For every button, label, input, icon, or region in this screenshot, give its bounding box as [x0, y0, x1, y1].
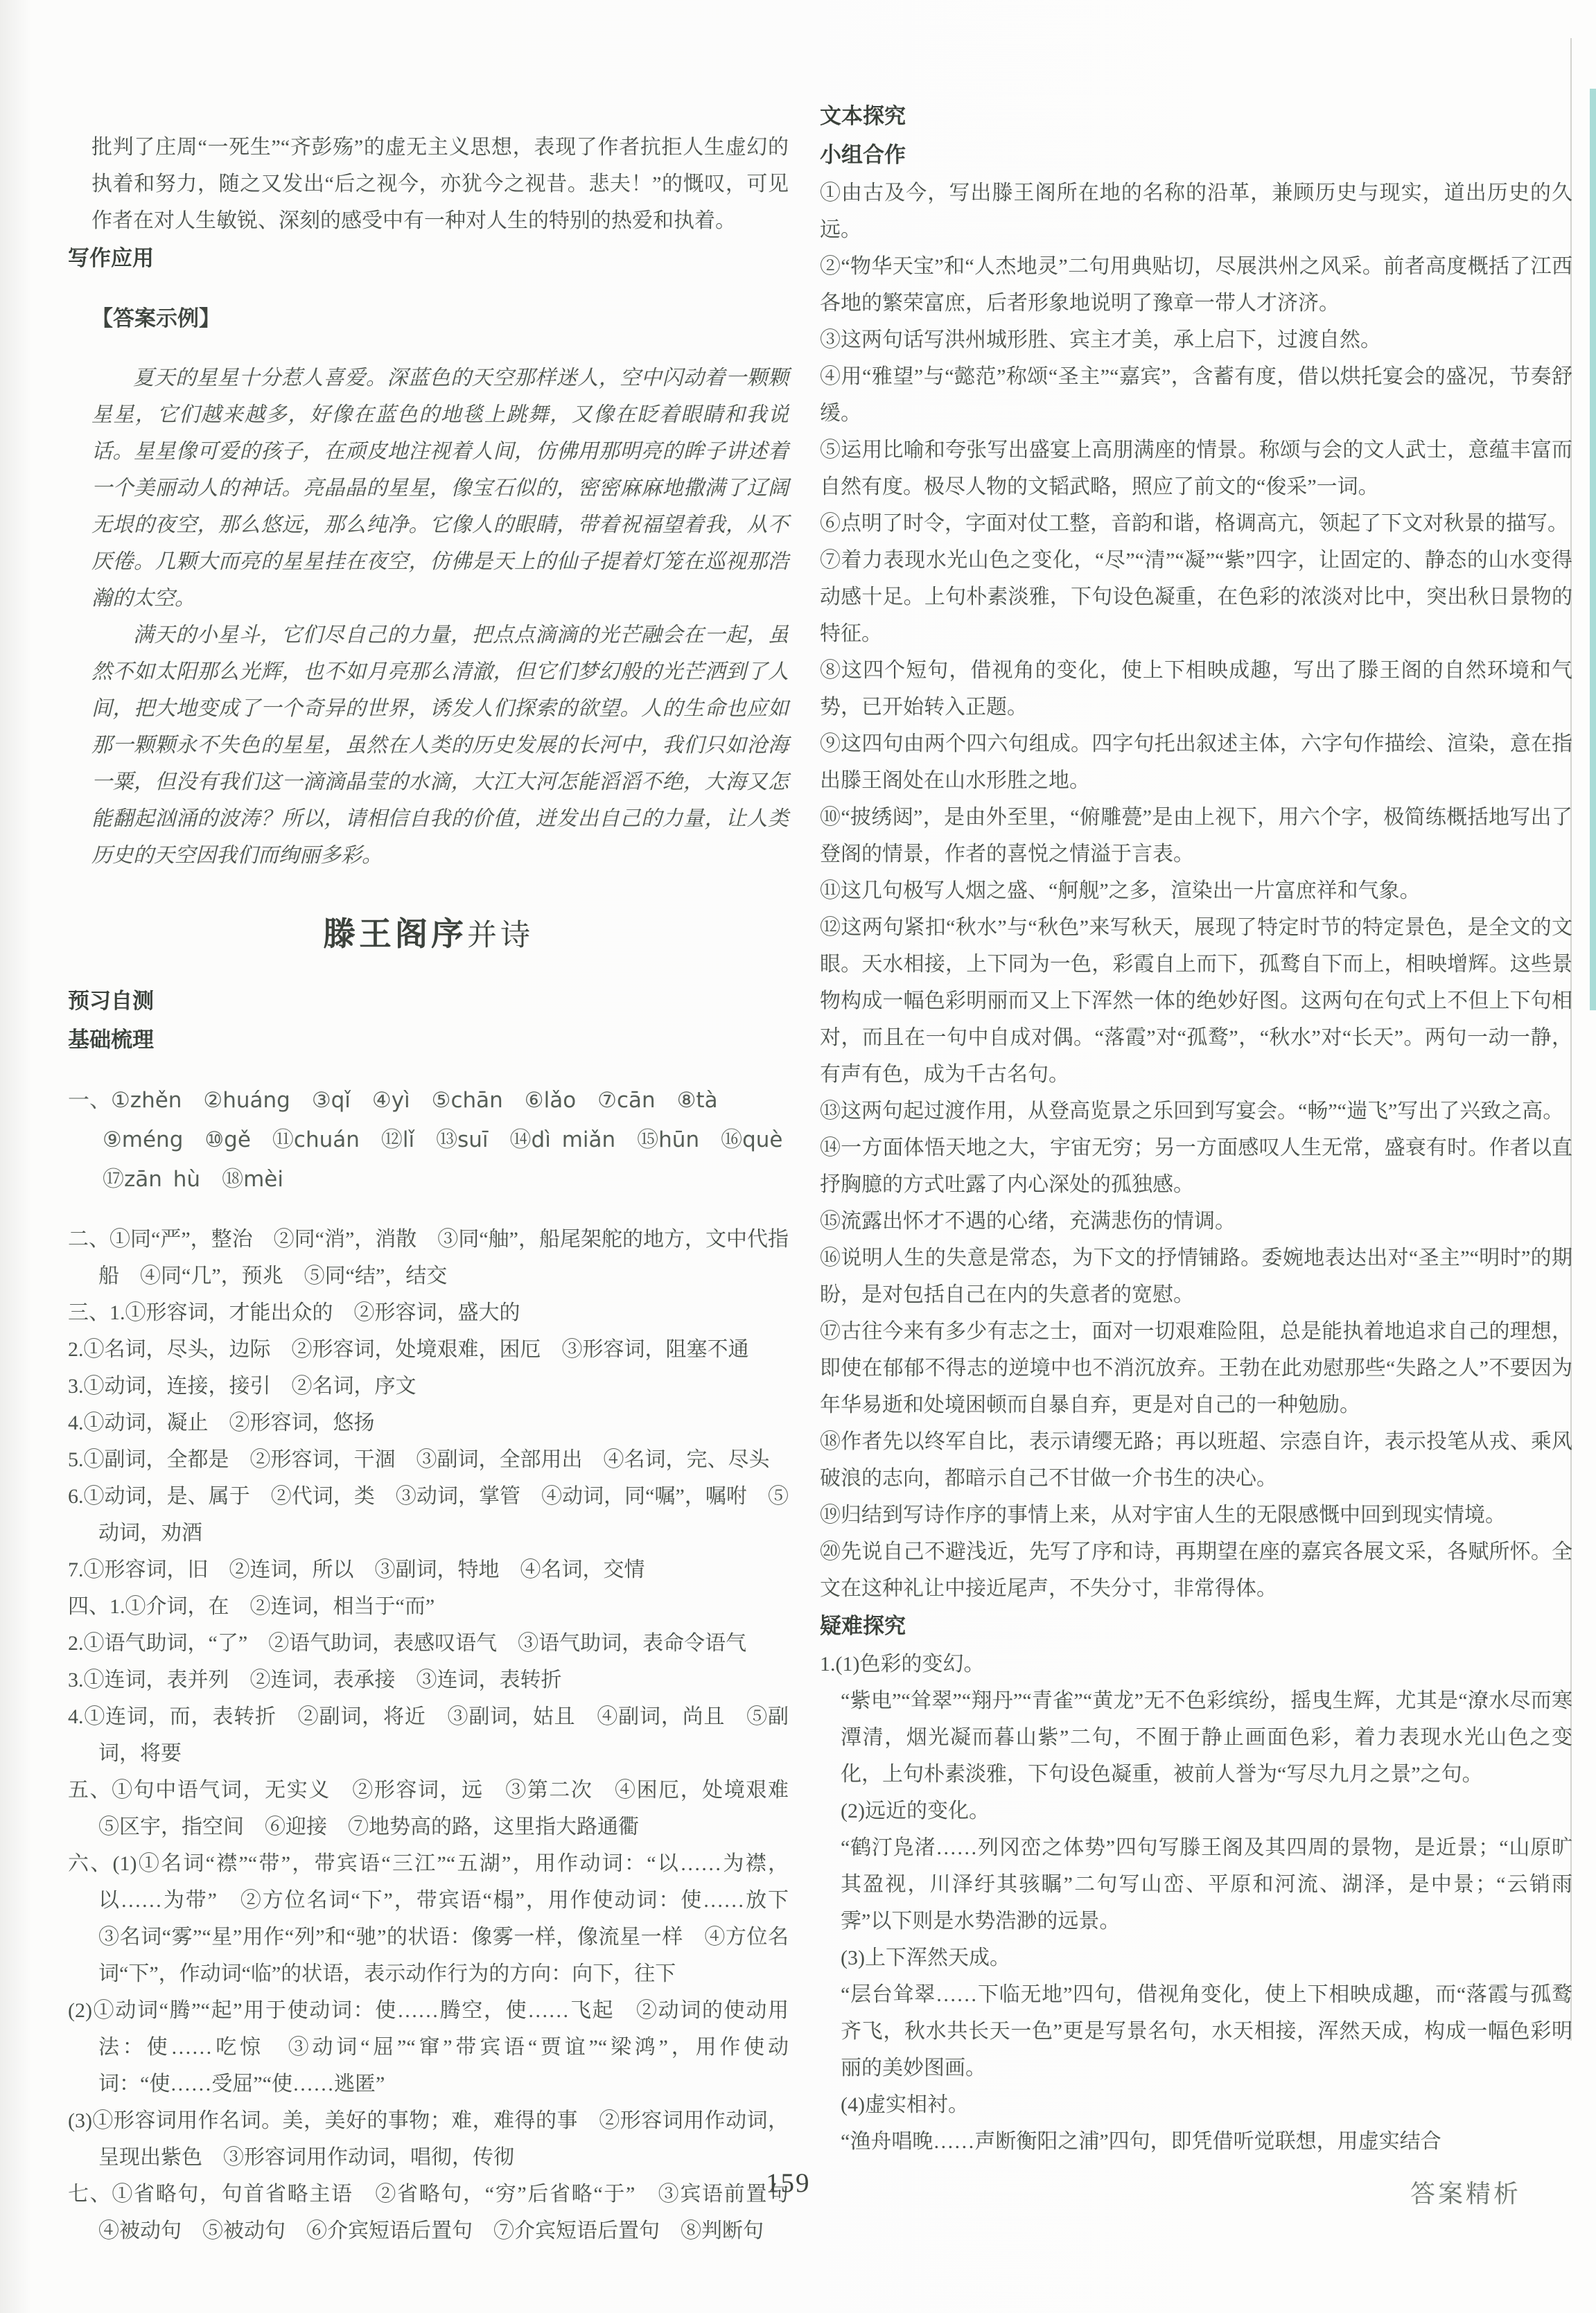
note-paragraph: ②“物华天宝”和“人杰地灵”二句用典贴切，尽展洪州之风采。前者高度概括了江西各地… [820, 248, 1572, 322]
section-heading-writing: 写作应用 [68, 239, 789, 278]
note-paragraph: ⑲归结到写诗作序的事情上来，从对宇宙人生的无限感慨中回到现实情境。 [820, 1497, 1572, 1533]
section-heading-explore: 文本探究 [820, 97, 1572, 136]
section-heading-group: 小组合作 [820, 136, 1572, 175]
difficult-paragraph: “鹤汀凫渚……列冈峦之体势”四句写滕王阁及其四周的景物，是近景；“山原旷其盈视，… [841, 1829, 1572, 1940]
note-paragraph: ⑪这几句极写人烟之盛、“舸舰”之多，渲染出一片富庶祥和气象。 [820, 872, 1572, 909]
basics-item: 3.①动词，连接，接引 ②名词，序文 [68, 1368, 789, 1405]
note-paragraph: ⑦着力表现水光山色之变化，“尽”“清”“凝”“紫”四字，让固定的、静态的山水变得… [820, 542, 1572, 652]
lesson-title-suffix: 并诗 [467, 920, 534, 952]
basics-item: 四、1.①介词，在 ②连词，相当于“而” [68, 1588, 789, 1625]
note-paragraph: ⑬这两句起过渡作用，从登高览景之乐回到写宴会。“畅”“遄飞”写出了兴致之高。 [820, 1093, 1572, 1129]
difficult-section: 1.(1)色彩的变幻。 “紫电”“耸翠”“翔丹”“青雀”“黄龙”无不色彩缤纷，摇… [820, 1646, 1572, 2160]
textbook-answer-page: 批判了庄周“一死生”“齐彭殇”的虚无主义思想，表现了作者抗拒人生虚幻的执着和努力… [0, 0, 1596, 2313]
left-column: 批判了庄周“一死生”“齐彭殇”的虚无主义思想，表现了作者抗拒人生虚幻的执着和努力… [68, 129, 789, 2249]
basics-item: 二、①同“严”，整治 ②同“消”，消散 ③同“舳”，船尾架舵的地方，文中代指船 … [68, 1221, 789, 1294]
basics-item: 5.①副词，全都是 ②形容词，干涸 ③副词，全部用出 ④名词，完、尽头 [68, 1441, 789, 1478]
difficult-label: (2)远近的变化。 [841, 1793, 1572, 1829]
basics-item: 7.①形容词，旧 ②连词，所以 ③副词，特地 ④名词，交情 [68, 1551, 789, 1588]
basics-item: 2.①语气助词，“了” ②语气助词，表感叹语气 ③语气助词，表命令语气 [68, 1625, 789, 1662]
carryover-paragraph: 批判了庄周“一死生”“齐彭殇”的虚无主义思想，表现了作者抗拒人生虚幻的执着和努力… [91, 129, 789, 239]
section-heading-basics: 基础梳理 [68, 1021, 789, 1059]
note-paragraph: ⑭一方面体悟天地之大，宇宙无穷；另一方面感叹人生无常，盛衰有时。作者以直抒胸臆的… [820, 1129, 1572, 1203]
pinyin-answers-line: 一、①zhěn ②huáng ③qǐ ④yì ⑤chān ⑥lǎo ⑦cān ⑧… [68, 1081, 789, 1199]
basics-item: (3)①形容词用作名词。美，美好的事物；难，难得的事 ②形容词用作动词，呈现出紫… [68, 2102, 789, 2176]
basics-item: 三、1.①形容词，才能出众的 ②形容词，盛大的 [68, 1294, 789, 1331]
note-paragraph: ⑫这两句紧扣“秋水”与“秋色”来写秋天，展现了特定时节的特定景色，是全文的文眼。… [820, 909, 1572, 1093]
section-heading-difficult: 疑难探究 [820, 1607, 1572, 1646]
difficult-paragraph: “渔舟唱晚……声断衡阳之浦”四句，即凭借听觉联想，用虚实结合 [841, 2123, 1572, 2160]
difficult-label: 1.(1)色彩的变幻。 [841, 1646, 1572, 1682]
footer-label: 答案精析 [1410, 2174, 1521, 2210]
page-number: 159 [766, 2167, 811, 2199]
basics-item: 六、(1)①名词“襟”“带”，带宾语“三江”“五湖”，用作动词：“以……为襟，以… [68, 1845, 789, 1992]
basics-item: 6.①动词，是、属于 ②代词，类 ③动词，掌管 ④动词，同“嘱”，嘱咐 ⑤动词，… [68, 1478, 789, 1551]
essay-paragraph-1: 夏天的星星十分惹人喜爱。深蓝色的天空那样迷人，空中闪动着一颗颗星星，它们越来越多… [91, 360, 789, 617]
lesson-title-main: 滕王阁序 [323, 917, 467, 953]
right-column: 文本探究 小组合作 ①由古及今，写出滕王阁所在地的名称的沿革，兼顾历史与现实，道… [820, 97, 1572, 2160]
difficult-label: (3)上下浑然天成。 [841, 1940, 1572, 1976]
basics-item: 4.①动词，凝止 ②形容词，悠扬 [68, 1405, 789, 1441]
note-paragraph: ⑧这四个短句，借视角的变化，使上下相映成趣，写出了滕王阁的自然环境和气势，已开始… [820, 652, 1572, 725]
note-paragraph: ⑮流露出怀才不遇的心绪，充满悲伤的情调。 [820, 1203, 1572, 1240]
lesson-title: 滕王阁序并诗 [68, 914, 789, 957]
note-paragraph: ⑨这四句由两个四六句组成。四字句托出叙述主体，六字句作描绘、渲染，意在指出滕王阁… [820, 725, 1572, 799]
note-paragraph: ⑳先说自己不避浅近，先写了序和诗，再期望在座的嘉宾各展文采，各赋所怀。全文在这种… [820, 1533, 1572, 1607]
basics-item: 3.①连词，表并列 ②连词，表承接 ③连词，表转折 [68, 1662, 789, 1698]
note-paragraph: ⑱作者先以终军自比，表示请缨无路；再以班超、宗悫自许，表示投笔从戎、乘风破浪的志… [820, 1423, 1572, 1497]
difficult-paragraph: “层台耸翠……下临无地”四句，借视角变化，使上下相映成趣，而“落霞与孤鹜齐飞，秋… [841, 1976, 1572, 2086]
note-paragraph: ⑯说明人生的失意是常态，为下文的抒情铺路。委婉地表达出对“圣主”“明时”的期盼，… [820, 1240, 1572, 1313]
basics-item: 4.①连词，而，表转折 ②副词，将近 ③副词，姑且 ④副词，尚且 ⑤副词，将要 [68, 1698, 789, 1772]
note-paragraph: ④用“雅望”与“懿范”称颂“圣主”“嘉宾”，含蓄有度，借以烘托宴会的盛况，节奏舒… [820, 358, 1572, 432]
note-paragraph: ⑰古往今来有多少有志之士，面对一切艰难险阻，总是能执着地追求自己的理想，即使在郁… [820, 1313, 1572, 1423]
note-paragraph: ⑩“披绣闼”，是由外至里，“俯雕甍”是由上视下，用六个字，极简练概括地写出了登阁… [820, 799, 1572, 872]
difficult-label: (4)虚实相衬。 [841, 2086, 1572, 2123]
essay-paragraph-2: 满天的小星斗，它们尽自己的力量，把点点滴滴的光芒融会在一起，虽然不如太阳那么光辉… [91, 617, 789, 874]
basics-item: 七、①省略句，句首省略主语 ②省略句，“穷”后省略“于” ③宾语前置句 ④被动句… [68, 2176, 789, 2249]
basics-item: (2)①动词“腾”“起”用于使动词：使……腾空，使……飞起 ②动词的使动用法：使… [68, 1992, 789, 2102]
side-tab-strip [1590, 89, 1596, 1010]
note-paragraph: ⑤运用比喻和夸张写出盛宴上高朋满座的情景。称颂与会的文人武士，意蕴丰富而自然有度… [820, 432, 1572, 505]
basics-item: 五、①句中语气词，无实义 ②形容词，远 ③第二次 ④困厄，处境艰难 ⑤区宇，指空… [68, 1772, 789, 1845]
note-paragraph: ①由古及今，写出滕王阁所在地的名称的沿革，兼顾历史与现实，道出历史的久远。 [820, 175, 1572, 248]
note-paragraph: ⑥点明了时令，字面对仗工整，音韵和谐，格调高亢，领起了下文对秋景的描写。 [820, 505, 1572, 542]
basics-item: 2.①名词，尽头，边际 ②形容词，处境艰难，困厄 ③形容词，阻塞不通 [68, 1331, 789, 1368]
note-paragraph: ③这两句话写洪州城形胜、宾主才美，承上启下，过渡自然。 [820, 322, 1572, 358]
section-heading-preview: 预习自测 [68, 982, 789, 1021]
answer-example-label: 【答案示例】 [91, 299, 789, 338]
difficult-paragraph: “紫电”“耸翠”“翔丹”“青雀”“黄龙”无不色彩缤纷，摇曳生辉，尤其是“潦水尽而… [841, 1682, 1572, 1793]
